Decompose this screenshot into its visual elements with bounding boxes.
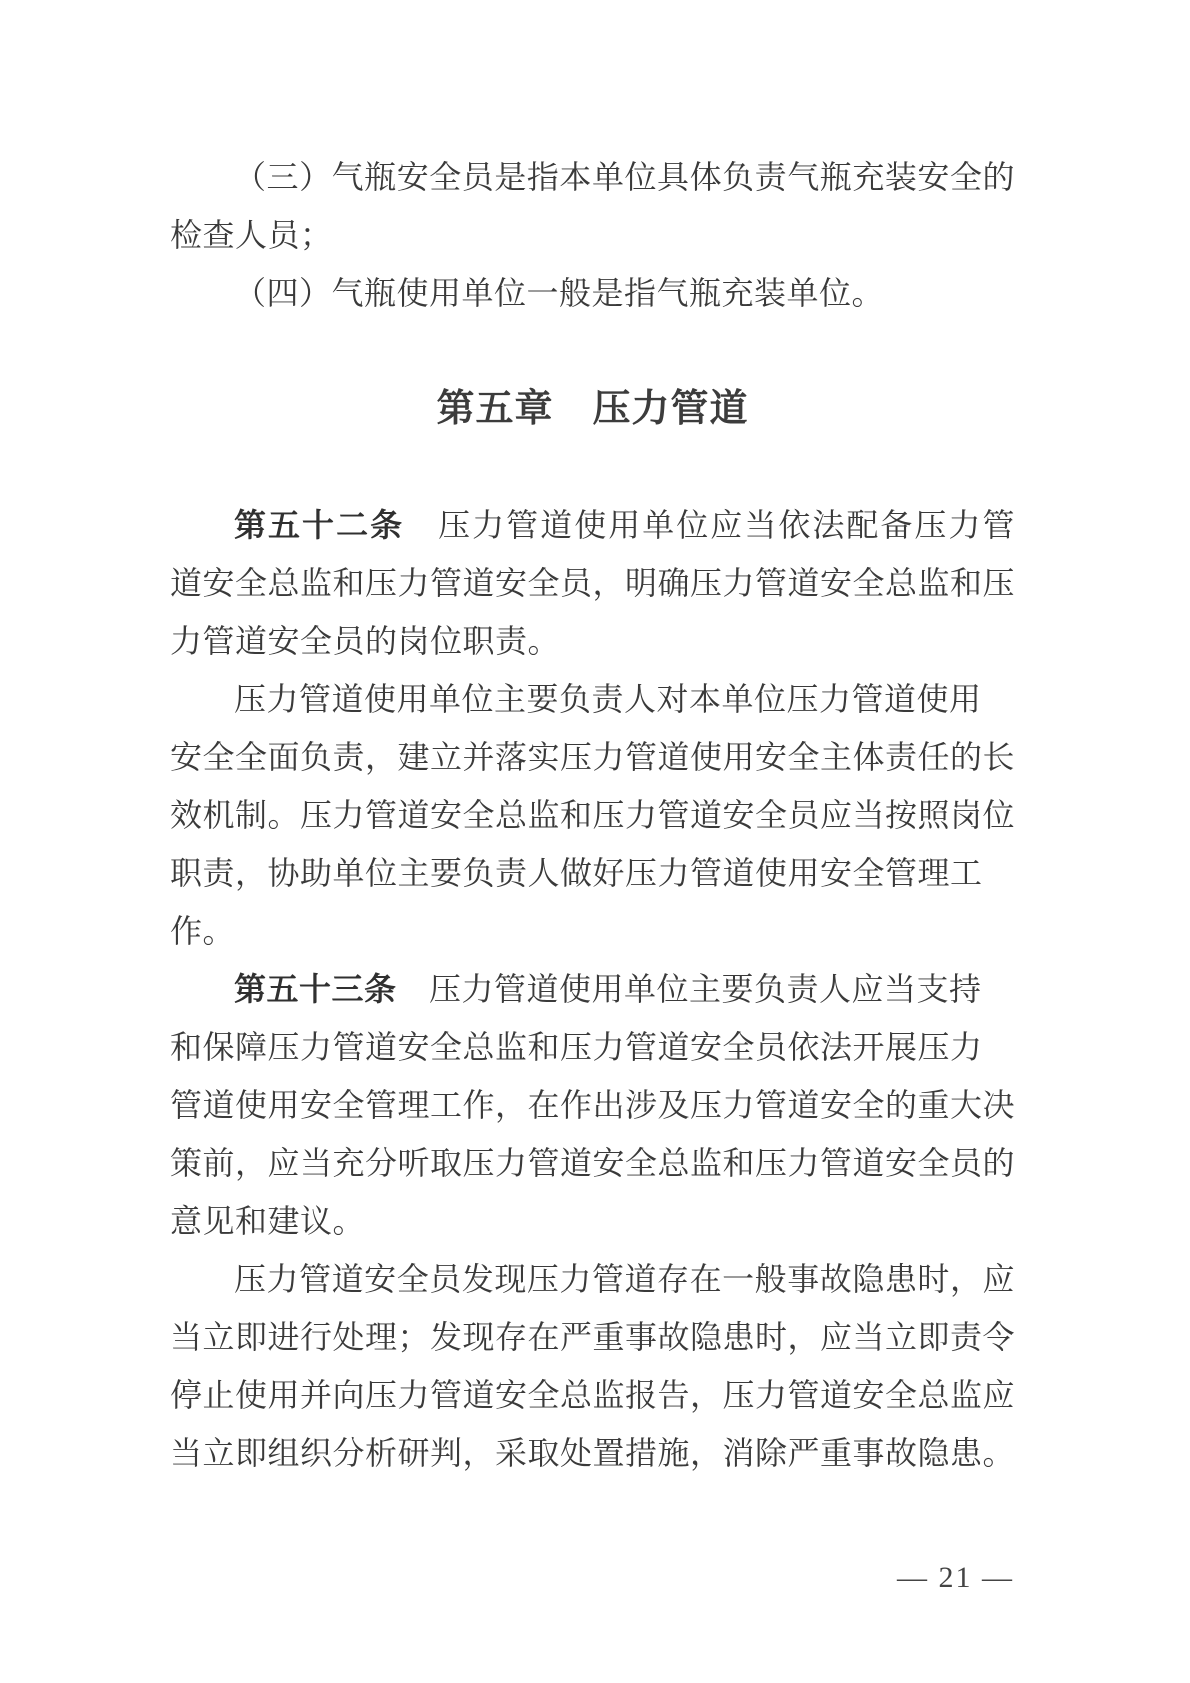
article-53-p2-line-2: 当立即进行处理；发现存在严重事故隐患时，应当立即责令 [170,1308,1015,1366]
article-53-text: 压力管道使用单位主要负责人应当支持 [397,971,982,1007]
article-52-p1-line-2: 道安全总监和压力管道安全员，明确压力管道安全总监和压 [170,554,1015,612]
page-number: — 21 — [897,1556,1014,1600]
article-53-p1-line-3: 管道使用安全管理工作，在作出涉及压力管道安全的重大决 [170,1076,1015,1134]
article-52-number: 第五十二条 [234,507,404,543]
blank-line [170,322,1015,380]
article-52-p1-line-3: 力管道安全员的岗位职责。 [170,612,1015,670]
article-52-p1-line-1: 第五十二条 压力管道使用单位应当依法配备压力管 [170,496,1015,554]
item-3-line-2: 检查人员； [170,206,1015,264]
document-page: （三）气瓶安全员是指本单位具体负责气瓶充装安全的 检查人员； （四）气瓶使用单位… [0,0,1190,1683]
article-53-p1-line-5: 意见和建议。 [170,1192,1015,1250]
article-52-p2-line-3: 效机制。压力管道安全总监和压力管道安全员应当按照岗位 [170,786,1015,844]
article-52-p2-line-2: 安全全面负责，建立并落实压力管道使用安全主体责任的长 [170,728,1015,786]
article-52-p2-line-4: 职责，协助单位主要负责人做好压力管道使用安全管理工 [170,844,1015,902]
chapter-5-heading: 第五章 压力管道 [170,380,1015,438]
article-52-p2-line-1: 压力管道使用单位主要负责人对本单位压力管道使用 [170,670,1015,728]
item-4-line-1: （四）气瓶使用单位一般是指气瓶充装单位。 [170,264,1015,322]
blank-line [170,438,1015,496]
article-53-p2-line-3: 停止使用并向压力管道安全总监报告，压力管道安全总监应 [170,1366,1015,1424]
article-53-p1-line-1: 第五十三条 压力管道使用单位主要负责人应当支持 [170,960,1015,1018]
article-53-p2-line-4: 当立即组织分析研判，采取处置措施，消除严重事故隐患。 [170,1424,1015,1482]
article-53-p1-line-4: 策前，应当充分听取压力管道安全总监和压力管道安全员的 [170,1134,1015,1192]
article-53-p1-line-2: 和保障压力管道安全总监和压力管道安全员依法开展压力 [170,1018,1015,1076]
article-52-p2-line-5: 作。 [170,902,1015,960]
article-53-p2-line-1: 压力管道安全员发现压力管道存在一般事故隐患时，应 [170,1250,1015,1308]
document-body: （三）气瓶安全员是指本单位具体负责气瓶充装安全的 检查人员； （四）气瓶使用单位… [170,148,1015,1482]
article-53-number: 第五十三条 [234,971,397,1007]
item-3-line-1: （三）气瓶安全员是指本单位具体负责气瓶充装安全的 [170,148,1015,206]
article-52-text: 压力管道使用单位应当依法配备压力管 [404,507,1015,543]
